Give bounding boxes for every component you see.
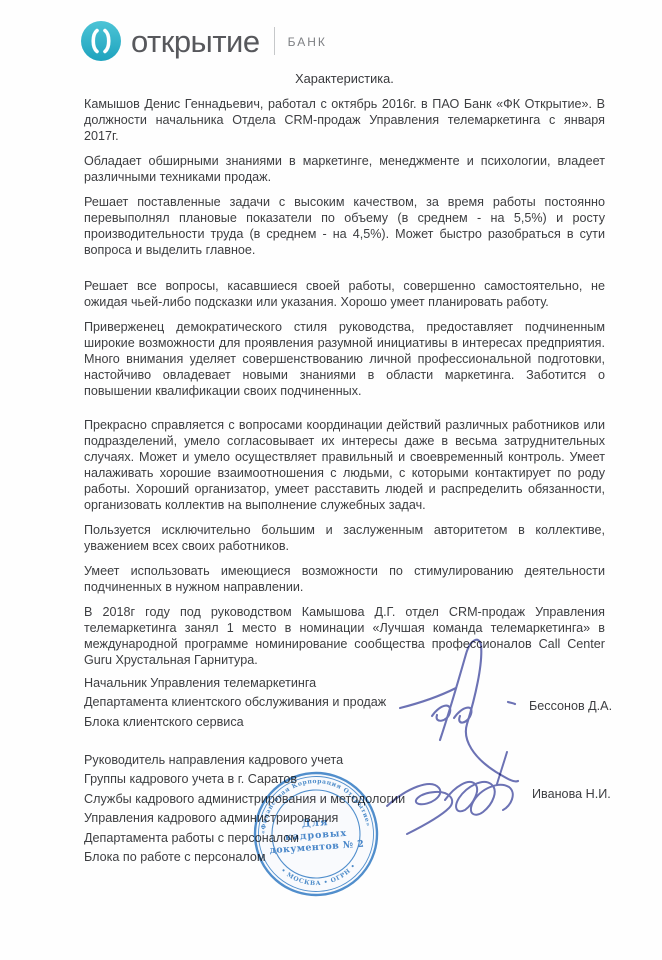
paragraph-authority: Пользуется исключительно большим и заслу…	[84, 522, 605, 554]
signatory-1-position: Начальник Управления телемаркетинга Депа…	[84, 674, 386, 732]
paragraph-coordination: Прекрасно справляется с вопросами коорди…	[84, 417, 605, 513]
paragraph-performance: Решает поставленные задачи с высоким кач…	[84, 194, 605, 258]
bank-logo: открытие БАНК	[80, 19, 327, 63]
document-page: открытие БАНК Характеристика. Камышов Де…	[0, 0, 662, 960]
signatory-1-name: Бессонов Д.А.	[529, 699, 612, 713]
signatory-1-line-2: Департамента клиентского обслуживания и …	[84, 693, 386, 712]
stamp-center-line-1: Для	[301, 817, 329, 830]
logo-divider	[274, 27, 275, 55]
hr-stamp: «Финансовая Корпорация Открытие» • МОСКВ…	[246, 764, 387, 905]
logo-bank-label: БАНК	[288, 33, 327, 49]
document-body: Камышов Денис Геннадьевич, работал с окт…	[84, 96, 605, 677]
paragraph-motivation: Умеет использовать имеющиеся возможности…	[84, 563, 605, 595]
signature-ivanova-icon	[383, 748, 545, 844]
paragraph-intro: Камышов Денис Геннадьевич, работал с окт…	[84, 96, 605, 144]
signatory-1-line-3: Блока клиентского сервиса	[84, 713, 386, 732]
document-title: Характеристика.	[84, 71, 605, 86]
paragraph-leadership: Приверженец демократического стиля руков…	[84, 319, 605, 399]
paragraph-knowledge: Обладает обширными знаниями в маркетинге…	[84, 153, 605, 185]
logo-wordmark: открытие	[131, 26, 260, 57]
otkritie-logo-icon	[80, 20, 122, 62]
signatory-1-line-1: Начальник Управления телемаркетинга	[84, 674, 386, 693]
paragraph-independence: Решает все вопросы, касавшиеся своей раб…	[84, 278, 605, 310]
